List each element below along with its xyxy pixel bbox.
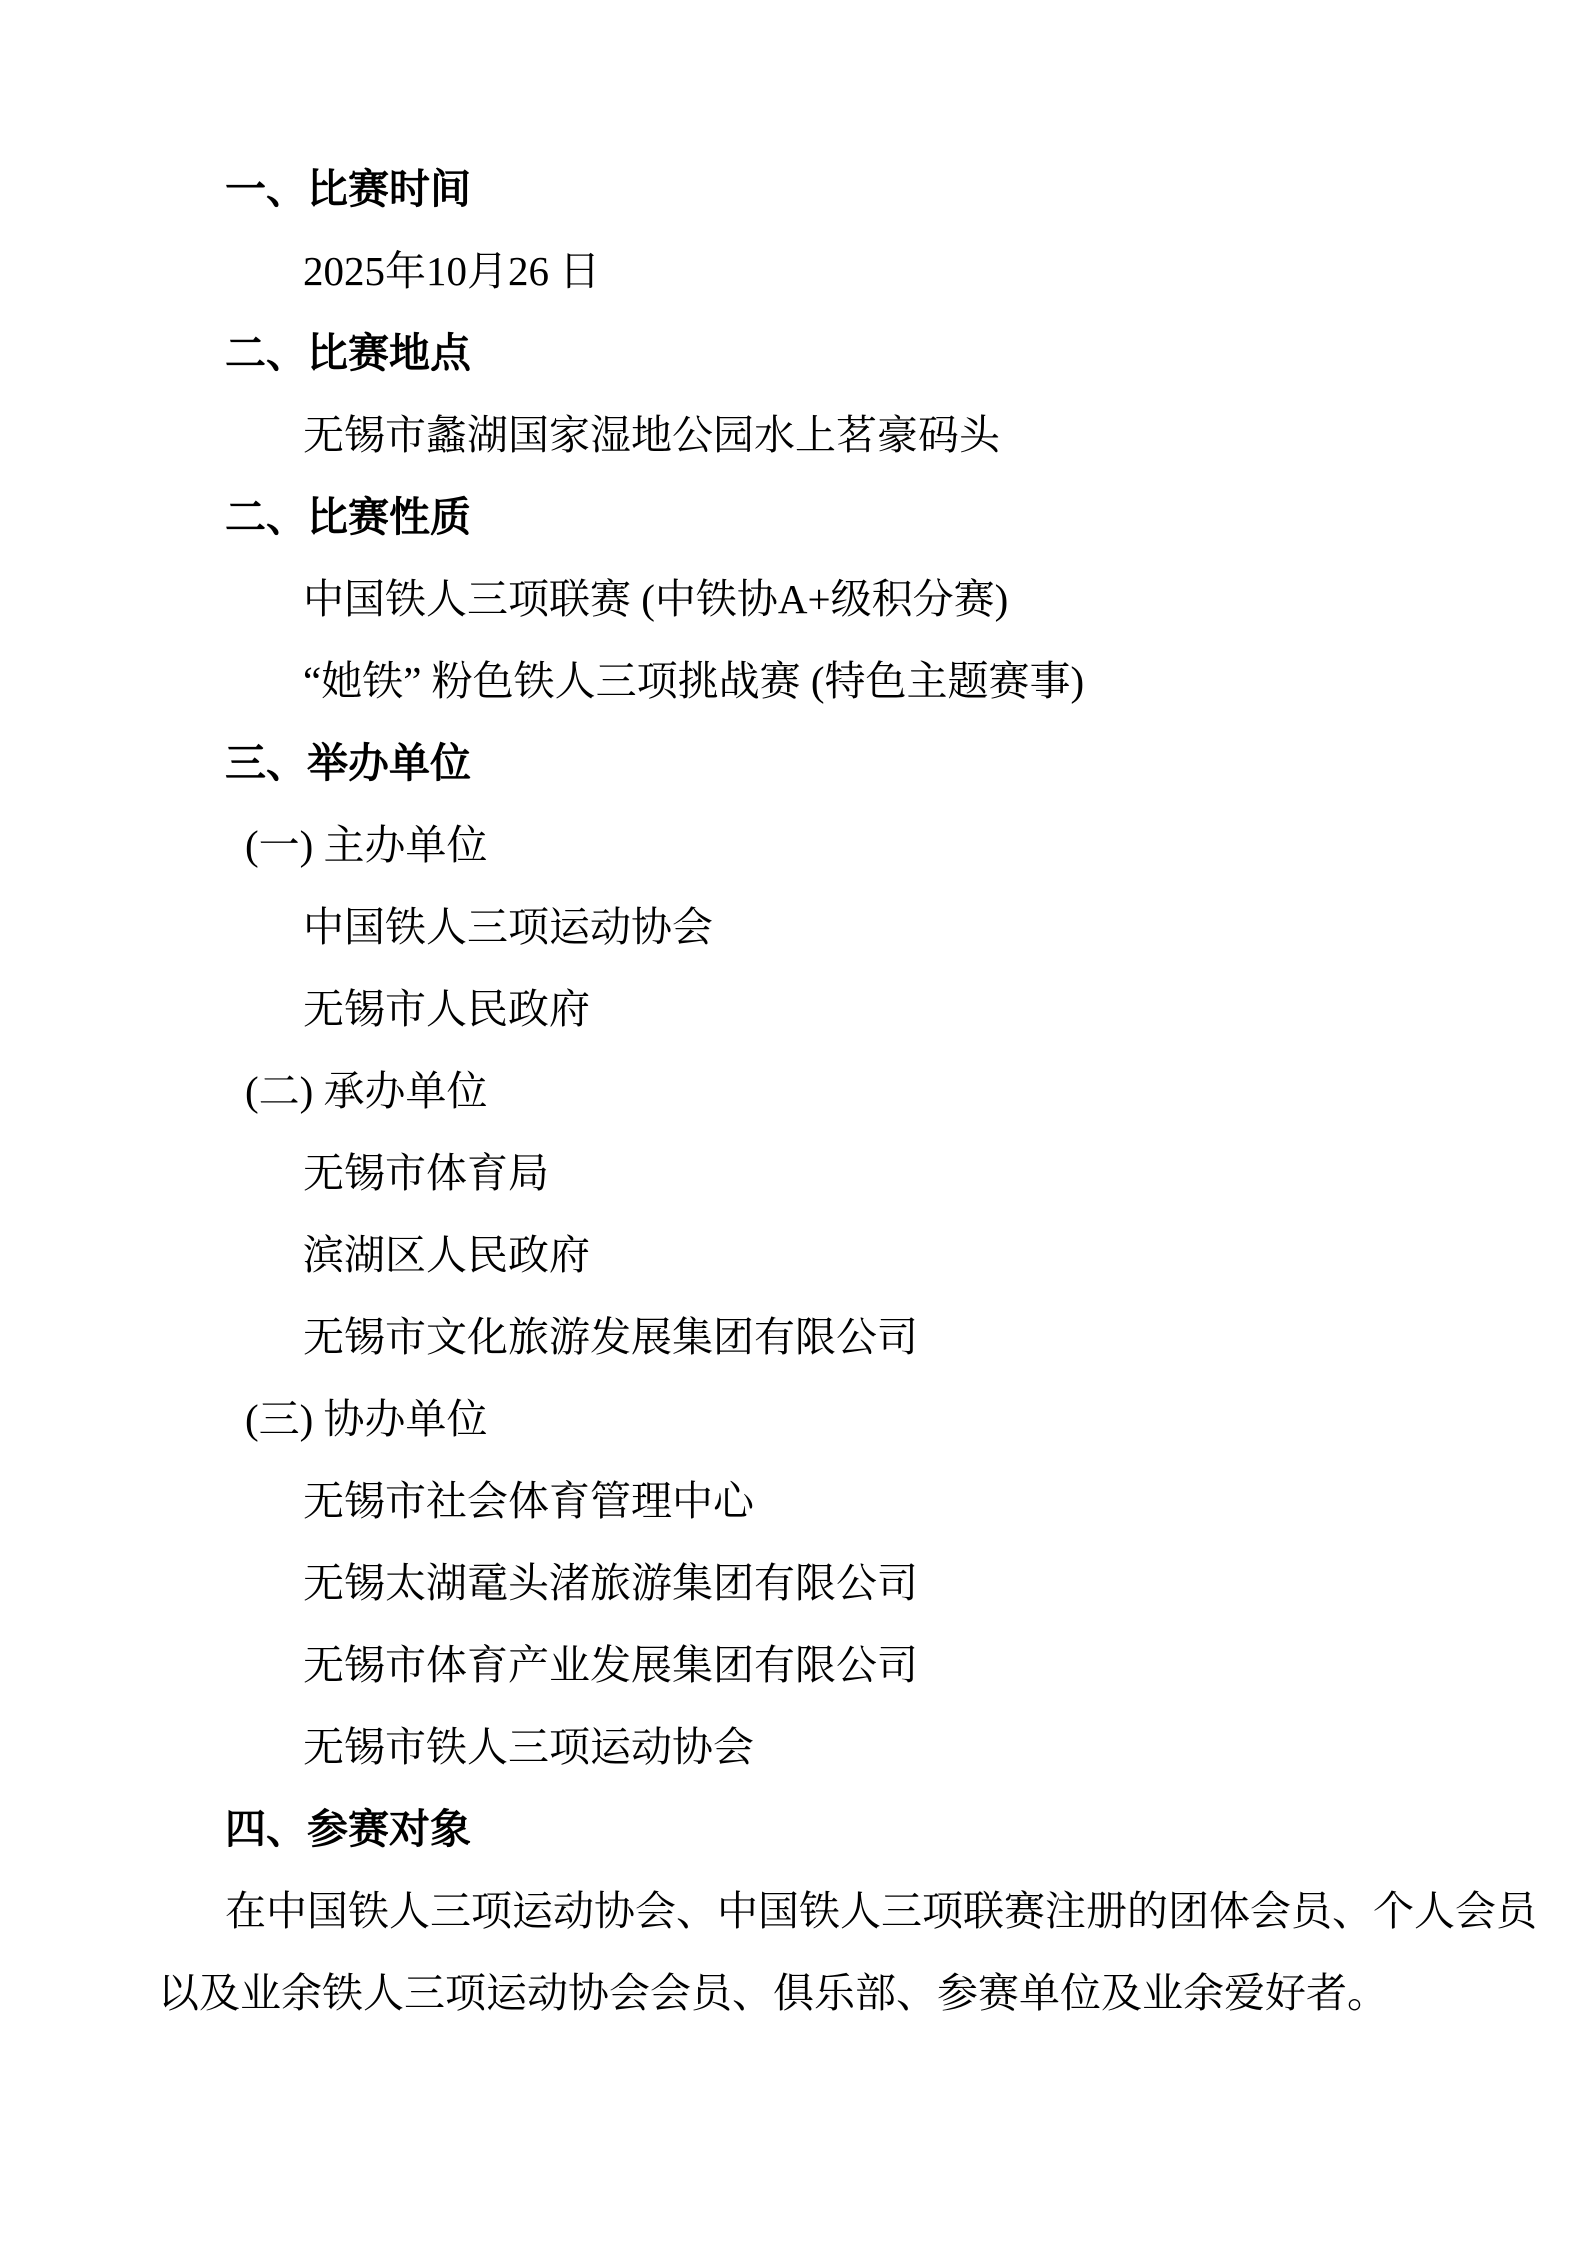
- paragraph-line: 在中国铁人三项运动协会、中国铁人三项联赛注册的团体会员、个人会员: [0, 1870, 1587, 1952]
- document-page: 一、比赛时间2025年10月26 日二、比赛地点无锡市蠡湖国家湿地公园水上茗豪码…: [0, 0, 1587, 2245]
- body-line: 无锡市体育产业发展集团有限公司: [0, 1624, 1587, 1706]
- body-line: 无锡市体育局: [0, 1132, 1587, 1214]
- body-line: 中国铁人三项运动协会: [0, 886, 1587, 968]
- sub-section-heading: (二) 承办单位: [0, 1050, 1587, 1132]
- body-line: 无锡市文化旅游发展集团有限公司: [0, 1296, 1587, 1378]
- body-line: 中国铁人三项联赛 (中铁协A+级积分赛): [0, 558, 1587, 640]
- paragraph-line: 以及业余铁人三项运动协会会员、俱乐部、参赛单位及业余爱好者。: [0, 1952, 1587, 2034]
- section-heading: 二、比赛地点: [0, 312, 1587, 394]
- document-content: 一、比赛时间2025年10月26 日二、比赛地点无锡市蠡湖国家湿地公园水上茗豪码…: [0, 0, 1587, 2034]
- body-line: 无锡太湖鼋头渚旅游集团有限公司: [0, 1542, 1587, 1624]
- body-line: 无锡市社会体育管理中心: [0, 1460, 1587, 1542]
- sub-section-heading: (一) 主办单位: [0, 804, 1587, 886]
- section-heading: 一、比赛时间: [0, 148, 1587, 230]
- section-heading: 二、比赛性质: [0, 476, 1587, 558]
- body-line: 无锡市蠡湖国家湿地公园水上茗豪码头: [0, 394, 1587, 476]
- section-heading: 三、举办单位: [0, 722, 1587, 804]
- body-line: 2025年10月26 日: [0, 230, 1587, 312]
- body-line: 无锡市铁人三项运动协会: [0, 1706, 1587, 1788]
- body-line: 无锡市人民政府: [0, 968, 1587, 1050]
- body-line: “她铁” 粉色铁人三项挑战赛 (特色主题赛事): [0, 640, 1587, 722]
- body-line: 滨湖区人民政府: [0, 1214, 1587, 1296]
- section-heading: 四、参赛对象: [0, 1788, 1587, 1870]
- sub-section-heading: (三) 协办单位: [0, 1378, 1587, 1460]
